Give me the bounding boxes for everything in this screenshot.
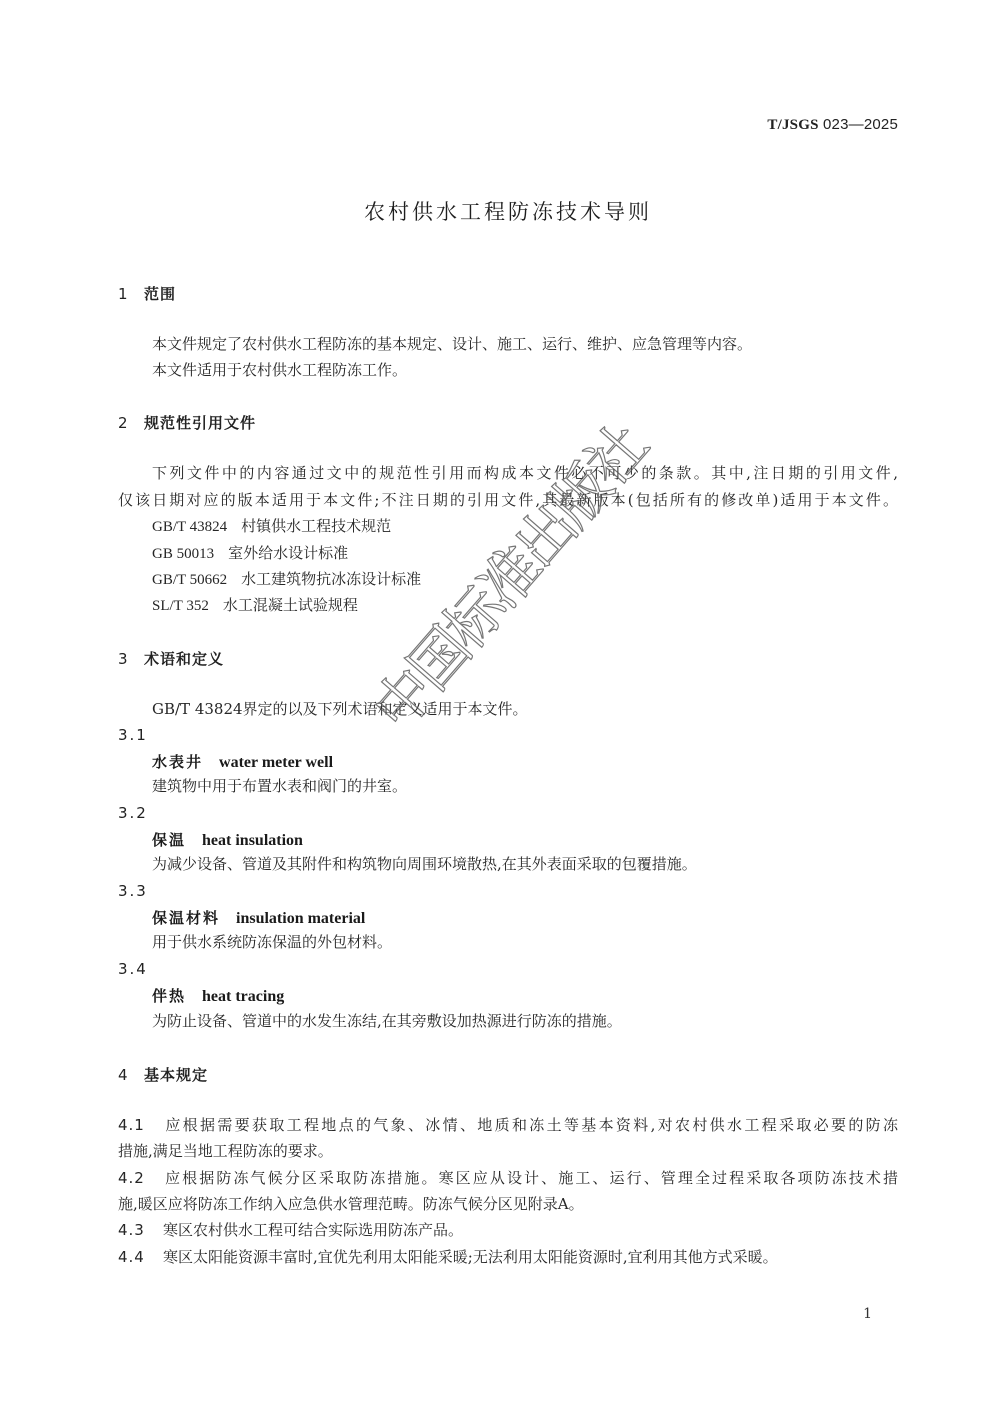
terms-intro: GB/T 43824界定的以及下列术语和定义适用于本文件。	[152, 696, 528, 722]
reference-item: GB/T 50662水工建筑物抗冰冻设计标准	[152, 566, 421, 593]
clause-number: 4.3	[118, 1217, 163, 1243]
reference-code: GB/T 43824	[152, 514, 227, 540]
references-intro-line-1: 下列文件中的内容通过文中的规范性引用而构成本文件必不可少的条款。其中,注日期的引…	[152, 460, 898, 486]
term-definition: 为防止设备、管道中的水发生冻结,在其旁敷设加热源进行防冻的措施。	[152, 1008, 622, 1034]
term-english: heat tracing	[202, 988, 284, 1005]
standard-code-number: 023—2025	[819, 116, 898, 133]
reference-title: 室外给水设计标准	[228, 544, 348, 562]
clause-4-3: 4.3寒区农村供水工程可结合实际选用防冻产品。	[118, 1217, 463, 1243]
term-chinese: 伴热	[152, 987, 186, 1005]
scope-paragraph-1: 本文件规定了农村供水工程防冻的基本规定、设计、施工、运行、维护、应急管理等内容。	[152, 331, 752, 357]
section-title: 规范性引用文件	[144, 414, 256, 432]
section-title: 基本规定	[144, 1066, 208, 1084]
reference-code: SL/T 352	[152, 593, 209, 619]
term-entry: 保温材料insulation material	[152, 907, 365, 928]
section-2-heading: 2规范性引用文件	[118, 412, 256, 433]
reference-item: GB/T 43824村镇供水工程技术规范	[152, 513, 391, 540]
term-chinese: 保温	[152, 831, 186, 849]
clause-text: 应根据防冻气候分区采取防冻措施。寒区应从设计、施工、运行、管理全过程采取各项防冻…	[163, 1169, 898, 1187]
clause-number: 4.2	[118, 1165, 163, 1191]
clause-4-4: 4.4寒区太阳能资源丰富时,宜优先利用太阳能采暖;无法利用太阳能资源时,宜利用其…	[118, 1244, 778, 1270]
reference-title: 水工混凝土试验规程	[223, 596, 358, 614]
standard-code-prefix: T/JSGS	[767, 117, 818, 133]
scope-paragraph-2: 本文件适用于农村供水工程防冻工作。	[152, 357, 407, 383]
reference-code: GB 50013	[152, 541, 214, 567]
standard-code: T/JSGS 023—2025	[767, 115, 898, 134]
clause-number: 4.4	[118, 1244, 163, 1270]
reference-title: 水工建筑物抗冰冻设计标准	[241, 570, 421, 588]
section-3-heading: 3术语和定义	[118, 648, 224, 669]
references-intro-line-2: 仅该日期对应的版本适用于本文件;不注日期的引用文件,其最新版本(包括所有的修改单…	[118, 487, 898, 513]
term-chinese: 保温材料	[152, 909, 220, 927]
clause-text: 应根据需要获取工程地点的气象、冰情、地质和冻土等基本资料,对农村供水工程采取必要…	[163, 1116, 898, 1134]
section-number: 4	[118, 1066, 144, 1084]
term-number: 3.3	[118, 882, 148, 900]
term-number: 3.4	[118, 960, 148, 978]
section-title: 术语和定义	[144, 650, 224, 668]
section-1-heading: 1范围	[118, 283, 176, 304]
term-number: 3.1	[118, 726, 148, 744]
reference-code: GB/T 50662	[152, 567, 227, 593]
section-4-heading: 4基本规定	[118, 1064, 208, 1085]
clause-text: 寒区农村供水工程可结合实际选用防冻产品。	[163, 1221, 463, 1239]
clause-text: 寒区太阳能资源丰富时,宜优先利用太阳能采暖;无法利用太阳能资源时,宜利用其他方式…	[163, 1248, 778, 1266]
term-definition: 建筑物中用于布置水表和阀门的井室。	[152, 773, 407, 799]
section-title: 范围	[144, 285, 176, 303]
term-number: 3.2	[118, 804, 148, 822]
term-chinese: 水表井	[152, 753, 203, 771]
term-definition: 用于供水系统防冻保温的外包材料。	[152, 929, 392, 955]
document-title: 农村供水工程防冻技术导则	[0, 196, 992, 226]
reference-item: SL/T 352水工混凝土试验规程	[152, 592, 358, 619]
term-english: water meter well	[219, 754, 333, 771]
term-entry: 水表井water meter well	[152, 751, 333, 772]
term-english: insulation material	[236, 910, 365, 927]
term-definition: 为减少设备、管道及其附件和构筑物向周围环境散热,在其外表面采取的包覆措施。	[152, 851, 697, 877]
section-number: 1	[118, 285, 144, 303]
section-number: 2	[118, 414, 144, 432]
clause-4-1-line-2: 措施,满足当地工程防冻的要求。	[118, 1138, 333, 1164]
clause-4-2-line-1: 4.2应根据防冻气候分区采取防冻措施。寒区应从设计、施工、运行、管理全过程采取各…	[118, 1165, 898, 1191]
clause-number: 4.1	[118, 1112, 163, 1138]
term-entry: 保温heat insulation	[152, 829, 303, 850]
term-english: heat insulation	[202, 832, 303, 849]
page-number: 1	[863, 1306, 872, 1322]
clause-4-2-line-2: 施,暖区应将防冻工作纳入应急供水管理范畴。防冻气候分区见附录A。	[118, 1191, 584, 1217]
reference-item: GB 50013室外给水设计标准	[152, 540, 348, 567]
term-entry: 伴热heat tracing	[152, 985, 284, 1006]
section-number: 3	[118, 650, 144, 668]
reference-title: 村镇供水工程技术规范	[241, 517, 391, 535]
document-page: T/JSGS 023—2025 农村供水工程防冻技术导则 1范围 本文件规定了农…	[0, 0, 992, 1403]
clause-4-1-line-1: 4.1应根据需要获取工程地点的气象、冰情、地质和冻土等基本资料,对农村供水工程采…	[118, 1112, 898, 1138]
